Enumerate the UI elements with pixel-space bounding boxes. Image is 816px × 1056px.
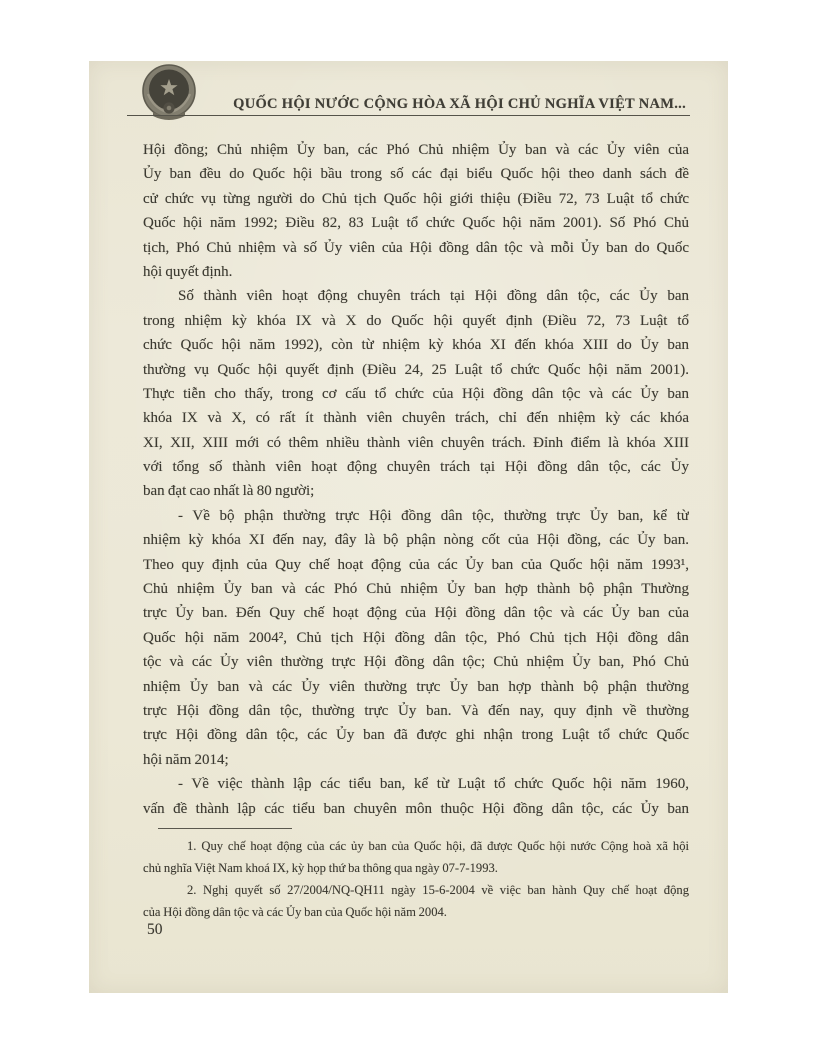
text-line: Thực tiễn cho thấy, trong cơ cấu tổ chức… — [143, 382, 689, 406]
paragraph: Hội đồng; Chủ nhiệm Ủy ban, các Phó Chủ … — [143, 138, 689, 284]
text-line: Hội đồng; Chủ nhiệm Ủy ban, các Phó Chủ … — [143, 138, 689, 162]
footnote-line: 1. Quy chế hoạt động của các ủy ban của … — [143, 835, 689, 857]
text-line: trong nhiệm kỳ khóa IX và X do Quốc hội … — [143, 309, 689, 333]
header-rule — [127, 115, 690, 116]
text-line: XI, XII, XIII mới có thêm nhiều thành vi… — [143, 431, 689, 455]
scan-background: QUỐC HỘI NƯỚC CỘNG HÒA XÃ HỘI CHỦ NGHĨA … — [0, 0, 816, 1056]
text-line: Ủy ban đều do Quốc hội bầu trong số các … — [143, 162, 689, 186]
body-text-block: Hội đồng; Chủ nhiệm Ủy ban, các Phó Chủ … — [143, 138, 689, 821]
text-line: chức Quốc hội năm 1992), còn từ nhiệm kỳ… — [143, 333, 689, 357]
text-line: ban đạt cao nhất là 80 người; — [143, 479, 689, 503]
text-line: tịch, Phó Chủ nhiệm và số Ủy viên của Hộ… — [143, 236, 689, 260]
text-line: vấn đề thành lập các tiểu ban chuyên môn… — [143, 797, 689, 821]
book-page: QUỐC HỘI NƯỚC CỘNG HÒA XÃ HỘI CHỦ NGHĨA … — [89, 61, 728, 993]
text-line: hội năm 2014; — [143, 748, 689, 772]
text-line: - Về việc thành lập các tiểu ban, kể từ … — [143, 772, 689, 796]
running-head-title: QUỐC HỘI NƯỚC CỘNG HÒA XÃ HỘI CHỦ NGHĨA … — [233, 96, 686, 113]
text-line: - Về bộ phận thường trực Hội đồng dân tộ… — [143, 504, 689, 528]
vietnam-national-emblem-icon — [141, 64, 197, 122]
text-line: Theo quy định của Quy chế hoạt động của … — [143, 553, 689, 577]
text-line: hội quyết định. — [143, 260, 689, 284]
footnote-line: 2. Nghị quyết số 27/2004/NQ-QH11 ngày 15… — [143, 879, 689, 901]
text-line: trực Hội đồng dân tộc, các Ủy ban đã đượ… — [143, 723, 689, 747]
text-line: với tổng số thành viên hoạt động chuyên … — [143, 455, 689, 479]
footnote-line: chủ nghĩa Việt Nam khoá IX, kỳ họp thứ b… — [143, 857, 689, 879]
text-line: trực Ủy ban. Đến Quy chế hoạt động của H… — [143, 601, 689, 625]
paragraph: Số thành viên hoạt động chuyên trách tại… — [143, 284, 689, 504]
text-line: cử chức vụ từng người do Chủ tịch Quốc h… — [143, 187, 689, 211]
text-line: tộc và các Ủy viên thường trực Hội đồng … — [143, 650, 689, 674]
text-line: nhiệm kỳ khóa XI đến nay, đây là bộ phận… — [143, 528, 689, 552]
text-line: Quốc hội năm 1992; Điều 82, 83 Luật tổ c… — [143, 211, 689, 235]
text-line: trực Hội đồng dân tộc, thường trực Ủy ba… — [143, 699, 689, 723]
text-line: Quốc hội năm 2004², Chủ tịch Hội đồng dâ… — [143, 626, 689, 650]
text-line: Chủ nhiệm Ủy ban và các Phó Chủ nhiệm Ủy… — [143, 577, 689, 601]
footnote: 1. Quy chế hoạt động của các ủy ban của … — [143, 835, 689, 879]
page-number: 50 — [147, 921, 163, 939]
paragraph: - Về bộ phận thường trực Hội đồng dân tộ… — [143, 504, 689, 772]
footnote-line: của Hội đồng dân tộc và các Ủy ban của Q… — [143, 901, 689, 923]
text-line: Số thành viên hoạt động chuyên trách tại… — [143, 284, 689, 308]
footnote: 2. Nghị quyết số 27/2004/NQ-QH11 ngày 15… — [143, 879, 689, 923]
footnote-separator-rule — [158, 828, 292, 829]
footnotes-block: 1. Quy chế hoạt động của các ủy ban của … — [143, 835, 689, 923]
paragraph: - Về việc thành lập các tiểu ban, kể từ … — [143, 772, 689, 821]
text-line: khóa IX và X, có rất ít thành viên chuyê… — [143, 406, 689, 430]
text-line: nhiệm Ủy ban và các Ủy viên thường trực … — [143, 675, 689, 699]
text-line: thường vụ Quốc hội quyết định (Điều 24, … — [143, 358, 689, 382]
